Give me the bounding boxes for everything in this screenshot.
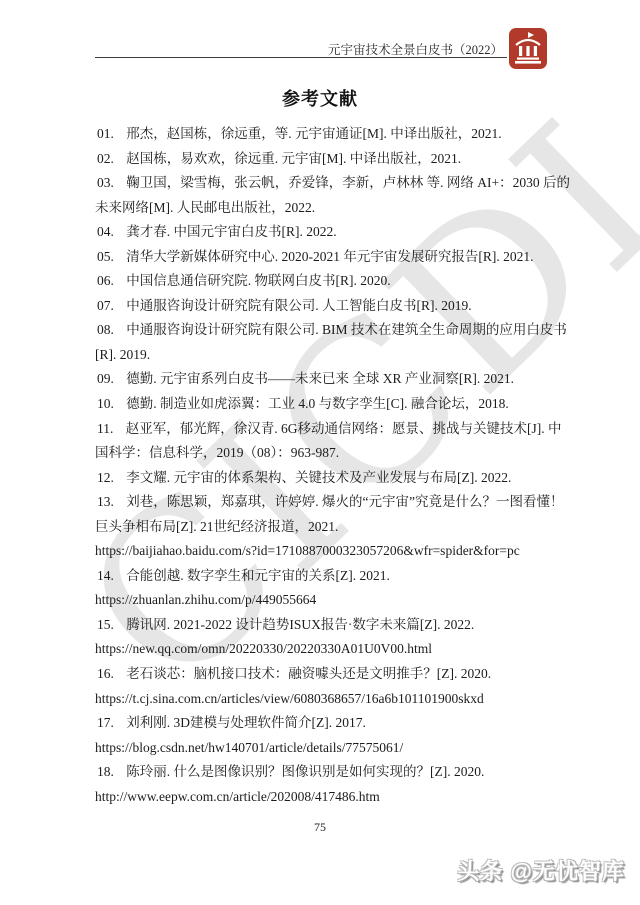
reference-line: 02. 赵国栋，易欢欢，徐远重. 元宇宙[M]. 中译出版社，2021.: [95, 147, 557, 172]
reference-line: 18. 陈玲丽. 什么是图像识别？图像识别是如何实现的？[Z]. 2020.: [95, 760, 557, 785]
reference-text: https://zhuanlan.zhihu.com/p/449055664: [95, 592, 316, 607]
reference-text: 刘利刚. 3D建模与处理软件简介[Z]. 2017.: [126, 715, 366, 730]
reference-line: 10. 德勤. 制造业如虎添翼：工业 4.0 与数字孪生[C]. 融合论坛，20…: [95, 392, 557, 417]
classical-building-icon: [509, 28, 547, 69]
reference-line: 12. 李文耀. 元宇宙的体系架构、关键技术及产业发展与布局[Z]. 2022.: [95, 466, 557, 491]
reference-text: 赵亚军，郁光辉，徐汉青. 6G移动通信网络：愿景、挑战与关键技术[J]. 中: [126, 421, 562, 436]
reference-number: 04.: [97, 224, 114, 239]
reference-line: 国科学：信息科学，2019（08）：963-987.: [95, 441, 557, 466]
reference-number: 06.: [97, 273, 114, 288]
reference-line: 16. 老石谈芯：脑机接口技术：融资噱头还是文明推手？[Z]. 2020.: [95, 662, 557, 687]
reference-text: https://new.qq.com/omn/20220330/20220330…: [95, 641, 432, 656]
reference-number: 05.: [97, 249, 114, 264]
reference-line: 09. 德勤. 元宇宙系列白皮书——未来已来 全球 XR 产业洞察[R]. 20…: [95, 367, 557, 392]
reference-text: 德勤. 元宇宙系列白皮书——未来已来 全球 XR 产业洞察[R]. 2021.: [126, 371, 514, 386]
reference-text: 陈玲丽. 什么是图像识别？图像识别是如何实现的？[Z]. 2020.: [126, 764, 484, 779]
reference-text: 巨头争相布局[Z]. 21世纪经济报道，2021.: [95, 519, 338, 534]
reference-text: 刘巷，陈思颖，郑嘉琪，许婷婷. 爆火的“元宇宙”究竟是什么？一图看懂！: [126, 494, 563, 509]
reference-text: 龚才春. 中国元宇宙白皮书[R]. 2022.: [126, 224, 336, 239]
reference-text: 鞠卫国，梁雪梅，张云帆，乔爱锋，李新，卢林林 等. 网络 AI+：2030 后的: [126, 175, 570, 190]
reference-line: 04. 龚才春. 中国元宇宙白皮书[R]. 2022.: [95, 220, 557, 245]
footer-watermark: 头条 @无忧智库: [457, 855, 625, 886]
reference-number: 14.: [97, 568, 114, 583]
reference-line: 07. 中通服咨询设计研究院有限公司. 人工智能白皮书[R]. 2019.: [95, 294, 557, 319]
page-title: 参考文献: [0, 85, 640, 111]
references-list: 01. 邢杰，赵国栋，徐远重，等. 元宇宙通证[M]. 中译出版社，2021. …: [95, 122, 557, 809]
reference-line: 01. 邢杰，赵国栋，徐远重，等. 元宇宙通证[M]. 中译出版社，2021.: [95, 122, 557, 147]
reference-text: 合能创越. 数字孪生和元宇宙的关系[Z]. 2021.: [126, 568, 390, 583]
reference-line: 14. 合能创越. 数字孪生和元宇宙的关系[Z]. 2021.: [95, 564, 557, 589]
reference-line: 08. 中通服咨询设计研究院有限公司. BIM 技术在建筑全生命周期的应用白皮书: [95, 318, 557, 343]
reference-text: [R]. 2019.: [95, 347, 150, 362]
reference-text: https://t.cj.sina.com.cn/articles/view/6…: [95, 691, 484, 706]
reference-number: 10.: [97, 396, 114, 411]
reference-text: https://blog.csdn.net/hw140701/article/d…: [95, 740, 403, 755]
reference-text: 德勤. 制造业如虎添翼：工业 4.0 与数字孪生[C]. 融合论坛，2018.: [126, 396, 509, 411]
reference-text: 邢杰，赵国栋，徐远重，等. 元宇宙通证[M]. 中译出版社，2021.: [126, 126, 501, 141]
reference-number: 09.: [97, 371, 114, 386]
reference-number: 18.: [97, 764, 114, 779]
reference-text: 未来网络[M]. 人民邮电出版社，2022.: [95, 200, 315, 215]
reference-line: https://new.qq.com/omn/20220330/20220330…: [95, 637, 557, 662]
header-rule: [95, 57, 507, 58]
reference-line: https://zhuanlan.zhihu.com/p/449055664: [95, 588, 557, 613]
reference-text: 清华大学新媒体研究中心. 2020-2021 年元宇宙发展研究报告[R]. 20…: [126, 249, 533, 264]
reference-line: 13. 刘巷，陈思颖，郑嘉琪，许婷婷. 爆火的“元宇宙”究竟是什么？一图看懂！: [95, 490, 557, 515]
reference-line: http://www.eepw.com.cn/article/202008/41…: [95, 785, 557, 810]
reference-line: 06. 中国信息通信研究院. 物联网白皮书[R]. 2020.: [95, 269, 557, 294]
reference-line: https://blog.csdn.net/hw140701/article/d…: [95, 736, 557, 761]
reference-number: 02.: [97, 151, 114, 166]
reference-text: 国科学：信息科学，2019（08）：963-987.: [95, 445, 339, 460]
reference-line: 未来网络[M]. 人民邮电出版社，2022.: [95, 196, 557, 221]
reference-line: [R]. 2019.: [95, 343, 557, 368]
reference-number: 08.: [97, 322, 114, 337]
reference-number: 16.: [97, 666, 114, 681]
reference-line: 03. 鞠卫国，梁雪梅，张云帆，乔爱锋，李新，卢林林 等. 网络 AI+：203…: [95, 171, 557, 196]
header-booklet-title: 元宇宙技术全景白皮书（2022）: [328, 40, 503, 58]
reference-text: 中通服咨询设计研究院有限公司. 人工智能白皮书[R]. 2019.: [126, 298, 471, 313]
reference-text: http://www.eepw.com.cn/article/202008/41…: [95, 789, 380, 804]
page-number: 75: [0, 820, 640, 835]
reference-number: 15.: [97, 617, 114, 632]
reference-number: 03.: [97, 175, 114, 190]
reference-text: 老石谈芯：脑机接口技术：融资噱头还是文明推手？[Z]. 2020.: [126, 666, 491, 681]
reference-text: 中通服咨询设计研究院有限公司. BIM 技术在建筑全生命周期的应用白皮书: [126, 322, 567, 337]
document-page: CICDI 元宇宙技术全景白皮书（2022） 参考文献 01. 邢杰，赵国栋，徐…: [0, 0, 640, 905]
reference-line: 17. 刘利刚. 3D建模与处理软件简介[Z]. 2017.: [95, 711, 557, 736]
reference-line: 11. 赵亚军，郁光辉，徐汉青. 6G移动通信网络：愿景、挑战与关键技术[J].…: [95, 417, 557, 442]
reference-text: 中国信息通信研究院. 物联网白皮书[R]. 2020.: [126, 273, 390, 288]
reference-number: 17.: [97, 715, 114, 730]
reference-number: 12.: [97, 470, 114, 485]
reference-line: https://baijiahao.baidu.com/s?id=1710887…: [95, 539, 557, 564]
reference-line: 15. 腾讯网. 2021-2022 设计趋势ISUX报告·数字未来篇[Z]. …: [95, 613, 557, 638]
reference-text: 腾讯网. 2021-2022 设计趋势ISUX报告·数字未来篇[Z]. 2022…: [126, 617, 474, 632]
reference-text: 赵国栋，易欢欢，徐远重. 元宇宙[M]. 中译出版社，2021.: [126, 151, 461, 166]
reference-line: https://t.cj.sina.com.cn/articles/view/6…: [95, 687, 557, 712]
reference-number: 01.: [97, 126, 114, 141]
reference-line: 巨头争相布局[Z]. 21世纪经济报道，2021.: [95, 515, 557, 540]
reference-line: 05. 清华大学新媒体研究中心. 2020-2021 年元宇宙发展研究报告[R]…: [95, 245, 557, 270]
reference-text: https://baijiahao.baidu.com/s?id=1710887…: [95, 543, 520, 558]
reference-text: 李文耀. 元宇宙的体系架构、关键技术及产业发展与布局[Z]. 2022.: [126, 470, 511, 485]
reference-number: 11.: [97, 421, 113, 436]
reference-number: 13.: [97, 494, 114, 509]
reference-number: 07.: [97, 298, 114, 313]
